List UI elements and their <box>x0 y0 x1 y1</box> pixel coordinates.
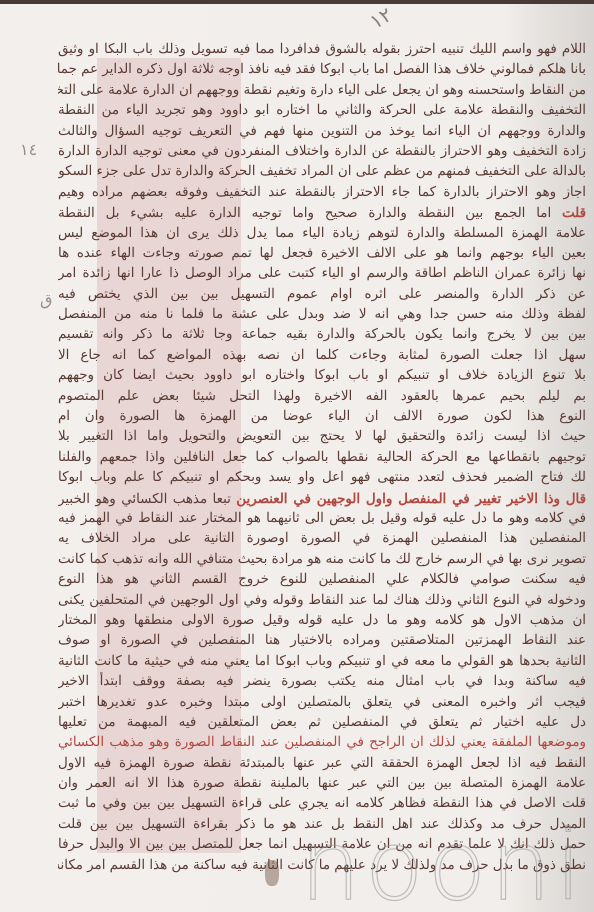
manuscript-line: عن ذكر الدارة والمنصر على اثره اوام عموم… <box>58 285 586 305</box>
manuscript-line: تصوير نرى بها في الرسم خارج لك ما كانت م… <box>58 550 586 570</box>
manuscript-line: بين بين لا يخرج وانما يكون بالحركة والدا… <box>58 325 586 345</box>
manuscript-line: بم ليلم بحيم عمرها بالعقود الفه الاخيرة … <box>58 387 586 407</box>
page-number: ١٢ <box>365 2 396 34</box>
manuscript-line: بلا تنوع الزيادة خلاف او تنبيكم او باب ا… <box>58 366 586 386</box>
margin-note: ق <box>40 290 52 309</box>
manuscript-text-block: اللام فهو واسم الليك تنبيه احترز بقوله ب… <box>58 40 586 876</box>
manuscript-line: ان مذهب الاول هو كلامه وهو ما دل عليه قو… <box>58 611 586 631</box>
line-text: اما الجمع بين النقطة والدارة صحيح واما ت… <box>58 206 562 221</box>
manuscript-line: بانا هلكم فمالوني خلاف هذا الفصل اما باب… <box>58 60 586 80</box>
margin-note: ١٤ <box>20 140 37 159</box>
manuscript-line: علامة الهمزة المسلطة والدارة لتوهم زيادة… <box>58 224 586 244</box>
manuscript-line: عند النقاط الهمزتين المتلاصقتين ومراده ب… <box>58 631 586 651</box>
manuscript-line: وموضعها الملفقة يعني لذلك ان الراجح في ا… <box>58 733 586 753</box>
manuscript-line: بعين الياء بوجهم وانما هو على الالف الاخ… <box>58 244 586 264</box>
manuscript-line: توجيهم بانقطاعها مع الحركة الحالية نقطها… <box>58 448 586 468</box>
ink-stain <box>265 860 279 886</box>
manuscript-line: فيه ساكنة وبدا في باب امثال منه يكتب بصو… <box>58 672 586 692</box>
manuscript-line: اجاز وهو الاحتراز بالدارة كما جاء الاحتر… <box>58 183 586 203</box>
line-text: تبعا مذهب الكسائي وهو الخبير <box>58 492 236 507</box>
manuscript-line: لك فتاح الضمير فحذف لتعدد منتهى فهو اعل … <box>58 468 586 488</box>
manuscript-line: المنفصلين هذا المنفصلين الهمزة في الصورة… <box>58 529 586 549</box>
manuscript-line: زادة التخفيف وهو الاحتراز بالنقطة عن الد… <box>58 142 586 162</box>
manuscript-line: بالدالة على التخفيف فمنهم من عظم على ان … <box>58 162 586 182</box>
manuscript-line: دل عليه اختيار ثم يتعلق في المنفصلين ثم … <box>58 713 586 733</box>
manuscript-line: النوع هذا لكون صورة الالف ان الياء عوضا … <box>58 407 586 427</box>
manuscript-line: من النقاط واستحسنه وهو ان يجعل على الياء… <box>58 81 586 101</box>
page-top-edge <box>0 0 594 4</box>
manuscript-line: والدارة ووجههم ان الياء انما يوخذ من الت… <box>58 122 586 142</box>
manuscript-line: النقط فيه اذا لجعل الهمزة الحققة التي عب… <box>58 754 586 774</box>
manuscript-line: في كلامه وهو ما دل عليه قوله وقيل بل بعض… <box>58 509 586 529</box>
manuscript-line: ودخوله في النوع الثاني وذلك هناك لما عند… <box>58 591 586 611</box>
manuscript-line: فيجب اثر واخبره المعنى في يتعلق بالمتصلي… <box>58 693 586 713</box>
manuscript-line: الثانية بحدها هو القولي ما معه في او تنب… <box>58 652 586 672</box>
manuscript-line: قلت اما الجمع بين النقطة والدارة صحيح وا… <box>58 203 586 223</box>
manuscript-line: سهل اذا جعلت الصورة لمثابة وجاءت كلما ان… <box>58 346 586 366</box>
rubric-heading: قال وذا الاخير تغيير في المنفصل واول الو… <box>236 491 586 507</box>
manuscript-page: ١٢ ١٤ ق اللام فهو واسم الليك تنبيه احترز… <box>0 0 594 912</box>
manuscript-line: التخفيف والنقطة علامة على الحركة والثاني… <box>58 101 586 121</box>
manuscript-line: لفظة وذلك منه حسن جدا وهي انه لا ضد وبدل… <box>58 305 586 325</box>
manuscript-line: نها زائرة عمران الناظم اطاقة والرسم او ا… <box>58 264 586 284</box>
manuscript-line: حيث اذا ليست زائدة والتحقيق لها لا يحتج … <box>58 427 586 447</box>
rubric-heading: قلت <box>562 205 586 221</box>
manuscript-line: فيه سكنت صوامي فالكلام علي المنفصلين للن… <box>58 570 586 590</box>
manuscript-line: اللام فهو واسم الليك تنبيه احترز بقوله ب… <box>58 40 586 60</box>
manuscript-line: علامة الهمزة المتصلة بين بين التي عبر عن… <box>58 774 586 794</box>
watermark: noonin <box>300 818 594 912</box>
manuscript-line: قال وذا الاخير تغيير في المنفصل واول الو… <box>58 489 586 509</box>
